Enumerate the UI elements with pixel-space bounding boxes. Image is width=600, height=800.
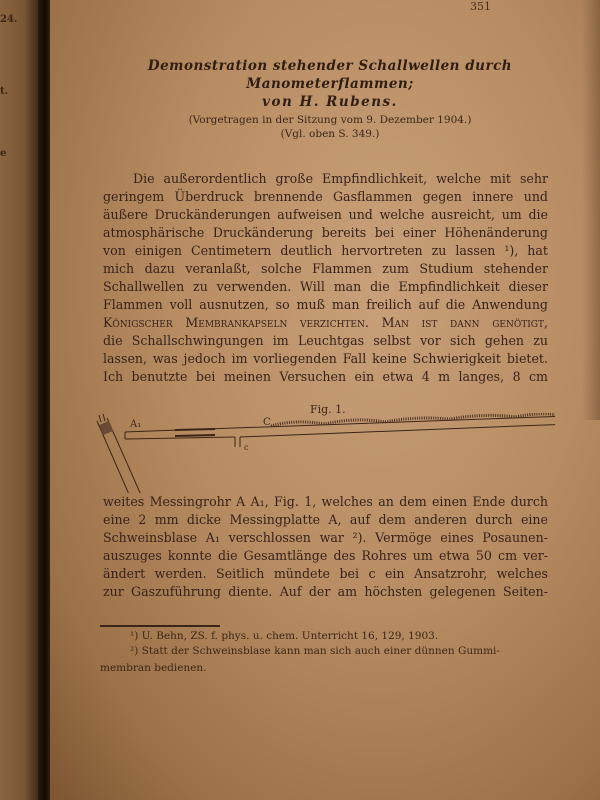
text-line: von einigen Centimetern deutlich hervort…: [103, 243, 548, 258]
left-page-fragment: t.: [0, 86, 8, 97]
text-line: ändert werden. Seitlich mündete bei c ei…: [103, 566, 548, 581]
text-line: mich dazu veranlaßt, solche Flammen zum …: [103, 261, 548, 276]
text-line: zur Gaszuführung diente. Auf der am höch…: [103, 584, 548, 599]
text-line: atmosphärische Druckänderung bereits bei…: [103, 225, 548, 240]
label-A1: A₁: [129, 419, 141, 430]
presented-note: (Vorgetragen in der Sitzung vom 9. Dezem…: [110, 114, 550, 126]
footnote-marker: ¹): [130, 630, 138, 642]
text-line: lassen, was jedoch im vorliegenden Fall …: [103, 351, 548, 366]
book-page: 351 Demonstration stehender Schallwellen…: [50, 0, 600, 800]
page-edge-shadow: [582, 0, 600, 420]
text-line: Schweinsblase A₁ verschlossen war ²). Ve…: [103, 530, 548, 545]
footnote-rule: [100, 625, 220, 627]
text-line: die Schallschwingungen im Leuchtgas selb…: [103, 333, 548, 348]
left-page-fragment: e: [0, 148, 6, 159]
text-line: weites Messingrohr A A₁, Fig. 1, welches…: [103, 494, 548, 509]
article-title-line-1: Demonstration stehender Schallwellen dur…: [120, 58, 540, 74]
footnote-2-continued: membran bedienen.: [100, 662, 207, 674]
page-number: 351: [470, 0, 491, 13]
text-line: Königscher Membrankapseln verzichten. Ma…: [103, 315, 548, 330]
text-line: auszuges konnte die Gesamtlänge des Rohr…: [103, 548, 548, 563]
footnote-marker: ²): [130, 645, 138, 657]
footnote-2: ²) Statt der Schweinsblase kann man sich…: [130, 645, 500, 657]
article-title-line-2: Manometerflammen;: [120, 76, 540, 92]
footnote-text: U. Behn, ZS. f. phys. u. chem. Unterrich…: [142, 630, 439, 642]
left-page-fragment: 24.: [0, 14, 17, 25]
footnote-text: Statt der Schweinsblase kann man sich au…: [142, 645, 500, 657]
article-author: von H. Rubens.: [120, 94, 540, 110]
compare-note: (Vgl. oben S. 349.): [110, 128, 550, 140]
label-C-upper: C: [263, 417, 271, 428]
text-line: Flammen voll ausnutzen, so muß man freil…: [103, 297, 548, 312]
text-line: Die außerordentlich große Empfindlichkei…: [133, 171, 548, 186]
text-line: eine 2 mm dicke Messingplatte A, auf dem…: [103, 512, 548, 527]
footnote-1: ¹) U. Behn, ZS. f. phys. u. chem. Unterr…: [130, 630, 438, 642]
left-page-edge: 24. t. e: [0, 0, 40, 800]
label-c-lower: c: [244, 443, 249, 452]
text-line: äußere Druckänderungen aufweisen und wel…: [103, 207, 548, 222]
footnote-text: membran bedienen.: [100, 662, 207, 674]
text-line: Ich benutzte bei meinen Versuchen ein et…: [103, 369, 548, 384]
tube-apparatus-figure: A₁ C c A: [85, 413, 555, 493]
text-line: Schallwellen zu verwenden. Will man die …: [103, 279, 548, 294]
text-line: geringem Überdruck brennende Gasflammen …: [103, 189, 548, 204]
